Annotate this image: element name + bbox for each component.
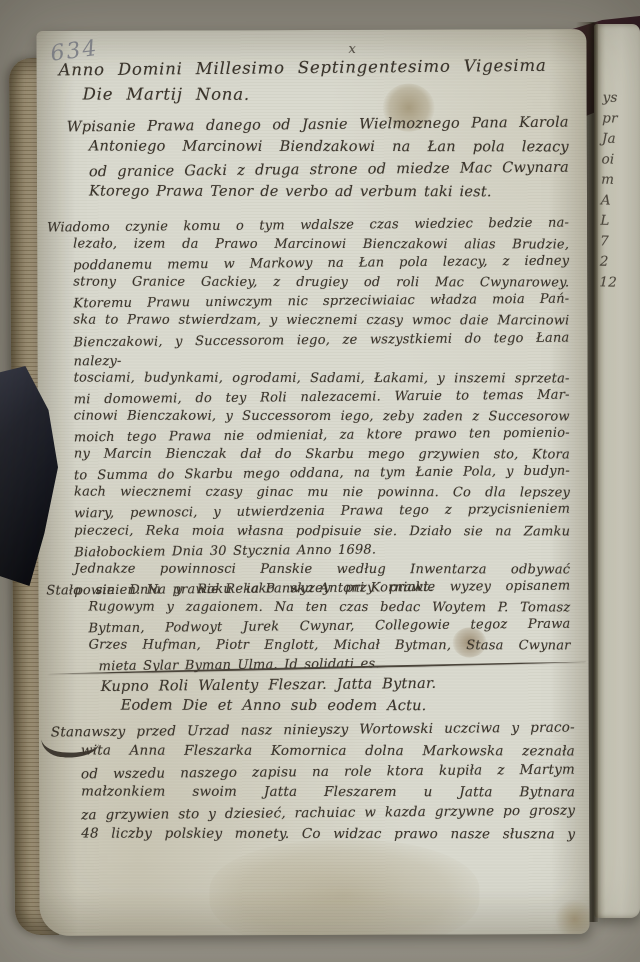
manuscript-line: Stanawszy przed Urzad nasz ninieyszy Wor… bbox=[51, 717, 575, 743]
entry2-title: Kupno Roli Walenty Fleszar. Jatta Bytnar… bbox=[101, 674, 531, 717]
manuscript-line: A bbox=[601, 190, 640, 212]
manuscript-line: 48 liczby polskiey monety. Co widzac pra… bbox=[81, 824, 575, 846]
entry1-closing-paragraph: Stało sie Dnia y Roku iako wyzey przy pr… bbox=[88, 578, 570, 675]
manuscript-line: 7 bbox=[600, 231, 640, 253]
manuscript-line: m bbox=[601, 170, 640, 191]
manuscript-page: 634 x Anno Domini Millesimo Septingentes… bbox=[36, 29, 589, 936]
manuscript-line: Bienczakowi, y Successorom iego, ze wszy… bbox=[73, 328, 569, 371]
facing-page-edge: ysprJaoimAL7212 bbox=[594, 24, 640, 918]
manuscript-line: Ja bbox=[602, 129, 640, 150]
entry1-body-paragraph: Wiadomo czynie komu o tym wdalsze czas w… bbox=[73, 215, 570, 599]
manuscript-line: Białobockiem Dnia 30 Stycznia Anno 1698. bbox=[74, 538, 570, 562]
entry1-intro-paragraph: Wpisanie Prawa danego od Jasnie Wielmozn… bbox=[67, 113, 569, 204]
manuscript-line: za grzywien sto y dziesieć, rachuiac w k… bbox=[81, 801, 575, 827]
manuscript-line: 2 bbox=[600, 252, 640, 273]
heading-latin-date: Anno Domini Millesimo Septingentesimo Vi… bbox=[59, 53, 564, 109]
manuscript-line: Die Martij Nona. bbox=[83, 81, 564, 109]
photo-of-manuscript: { "page_number": "634", "registration_ma… bbox=[0, 0, 640, 962]
paper-stain bbox=[554, 899, 589, 936]
manuscript-line: od granice Gacki z druga strone od miedz… bbox=[89, 156, 569, 183]
manuscript-line: Ktorego Prawa Tenor de verbo ad verbum t… bbox=[89, 181, 569, 204]
paper-stain bbox=[209, 839, 479, 936]
manuscript-line: oi bbox=[601, 149, 640, 171]
manuscript-line: wiary, pewnosci, y utwierdzenia Prawa te… bbox=[74, 500, 570, 524]
manuscript-line: pieczeci, Reka moia własna podpisuie sie… bbox=[74, 521, 570, 541]
manuscript-line: Jednakze powinnosci Panskie według Inwen… bbox=[74, 559, 570, 579]
manuscript-line: 12 bbox=[599, 272, 640, 294]
manuscript-line: L bbox=[600, 211, 640, 232]
manuscript-line: ys bbox=[602, 88, 640, 109]
manuscript-line: Eodem Die et Anno sub eodem Actu. bbox=[121, 695, 531, 716]
entry2-body-paragraph: Stanawszy przed Urzad nasz ninieyszy Wor… bbox=[81, 719, 575, 846]
manuscript-line: Anno Domini Millesimo Septingentesimo Vi… bbox=[58, 52, 563, 84]
manuscript-line: wita Anna Fleszarka Komornica dolna Mark… bbox=[81, 740, 575, 762]
manuscript-line: ska to Prawo stwierdzam, y wiecznemi cza… bbox=[73, 311, 569, 331]
manuscript-line: tosciami, budynkami, ogrodami, Sadami, Ł… bbox=[74, 368, 570, 388]
photo-background: ysprJaoimAL7212 634 x Anno Domini Milles… bbox=[0, 0, 640, 962]
manuscript-line: Kupno Roli Walenty Fleszar. Jatta Bytnar… bbox=[101, 673, 531, 698]
facing-page-fragments: ysprJaoimAL7212 bbox=[599, 87, 640, 293]
manuscript-line: pr bbox=[602, 108, 640, 130]
manuscript-line: Antoniego Marcinowi Biendzakowi na Łan p… bbox=[89, 136, 569, 159]
